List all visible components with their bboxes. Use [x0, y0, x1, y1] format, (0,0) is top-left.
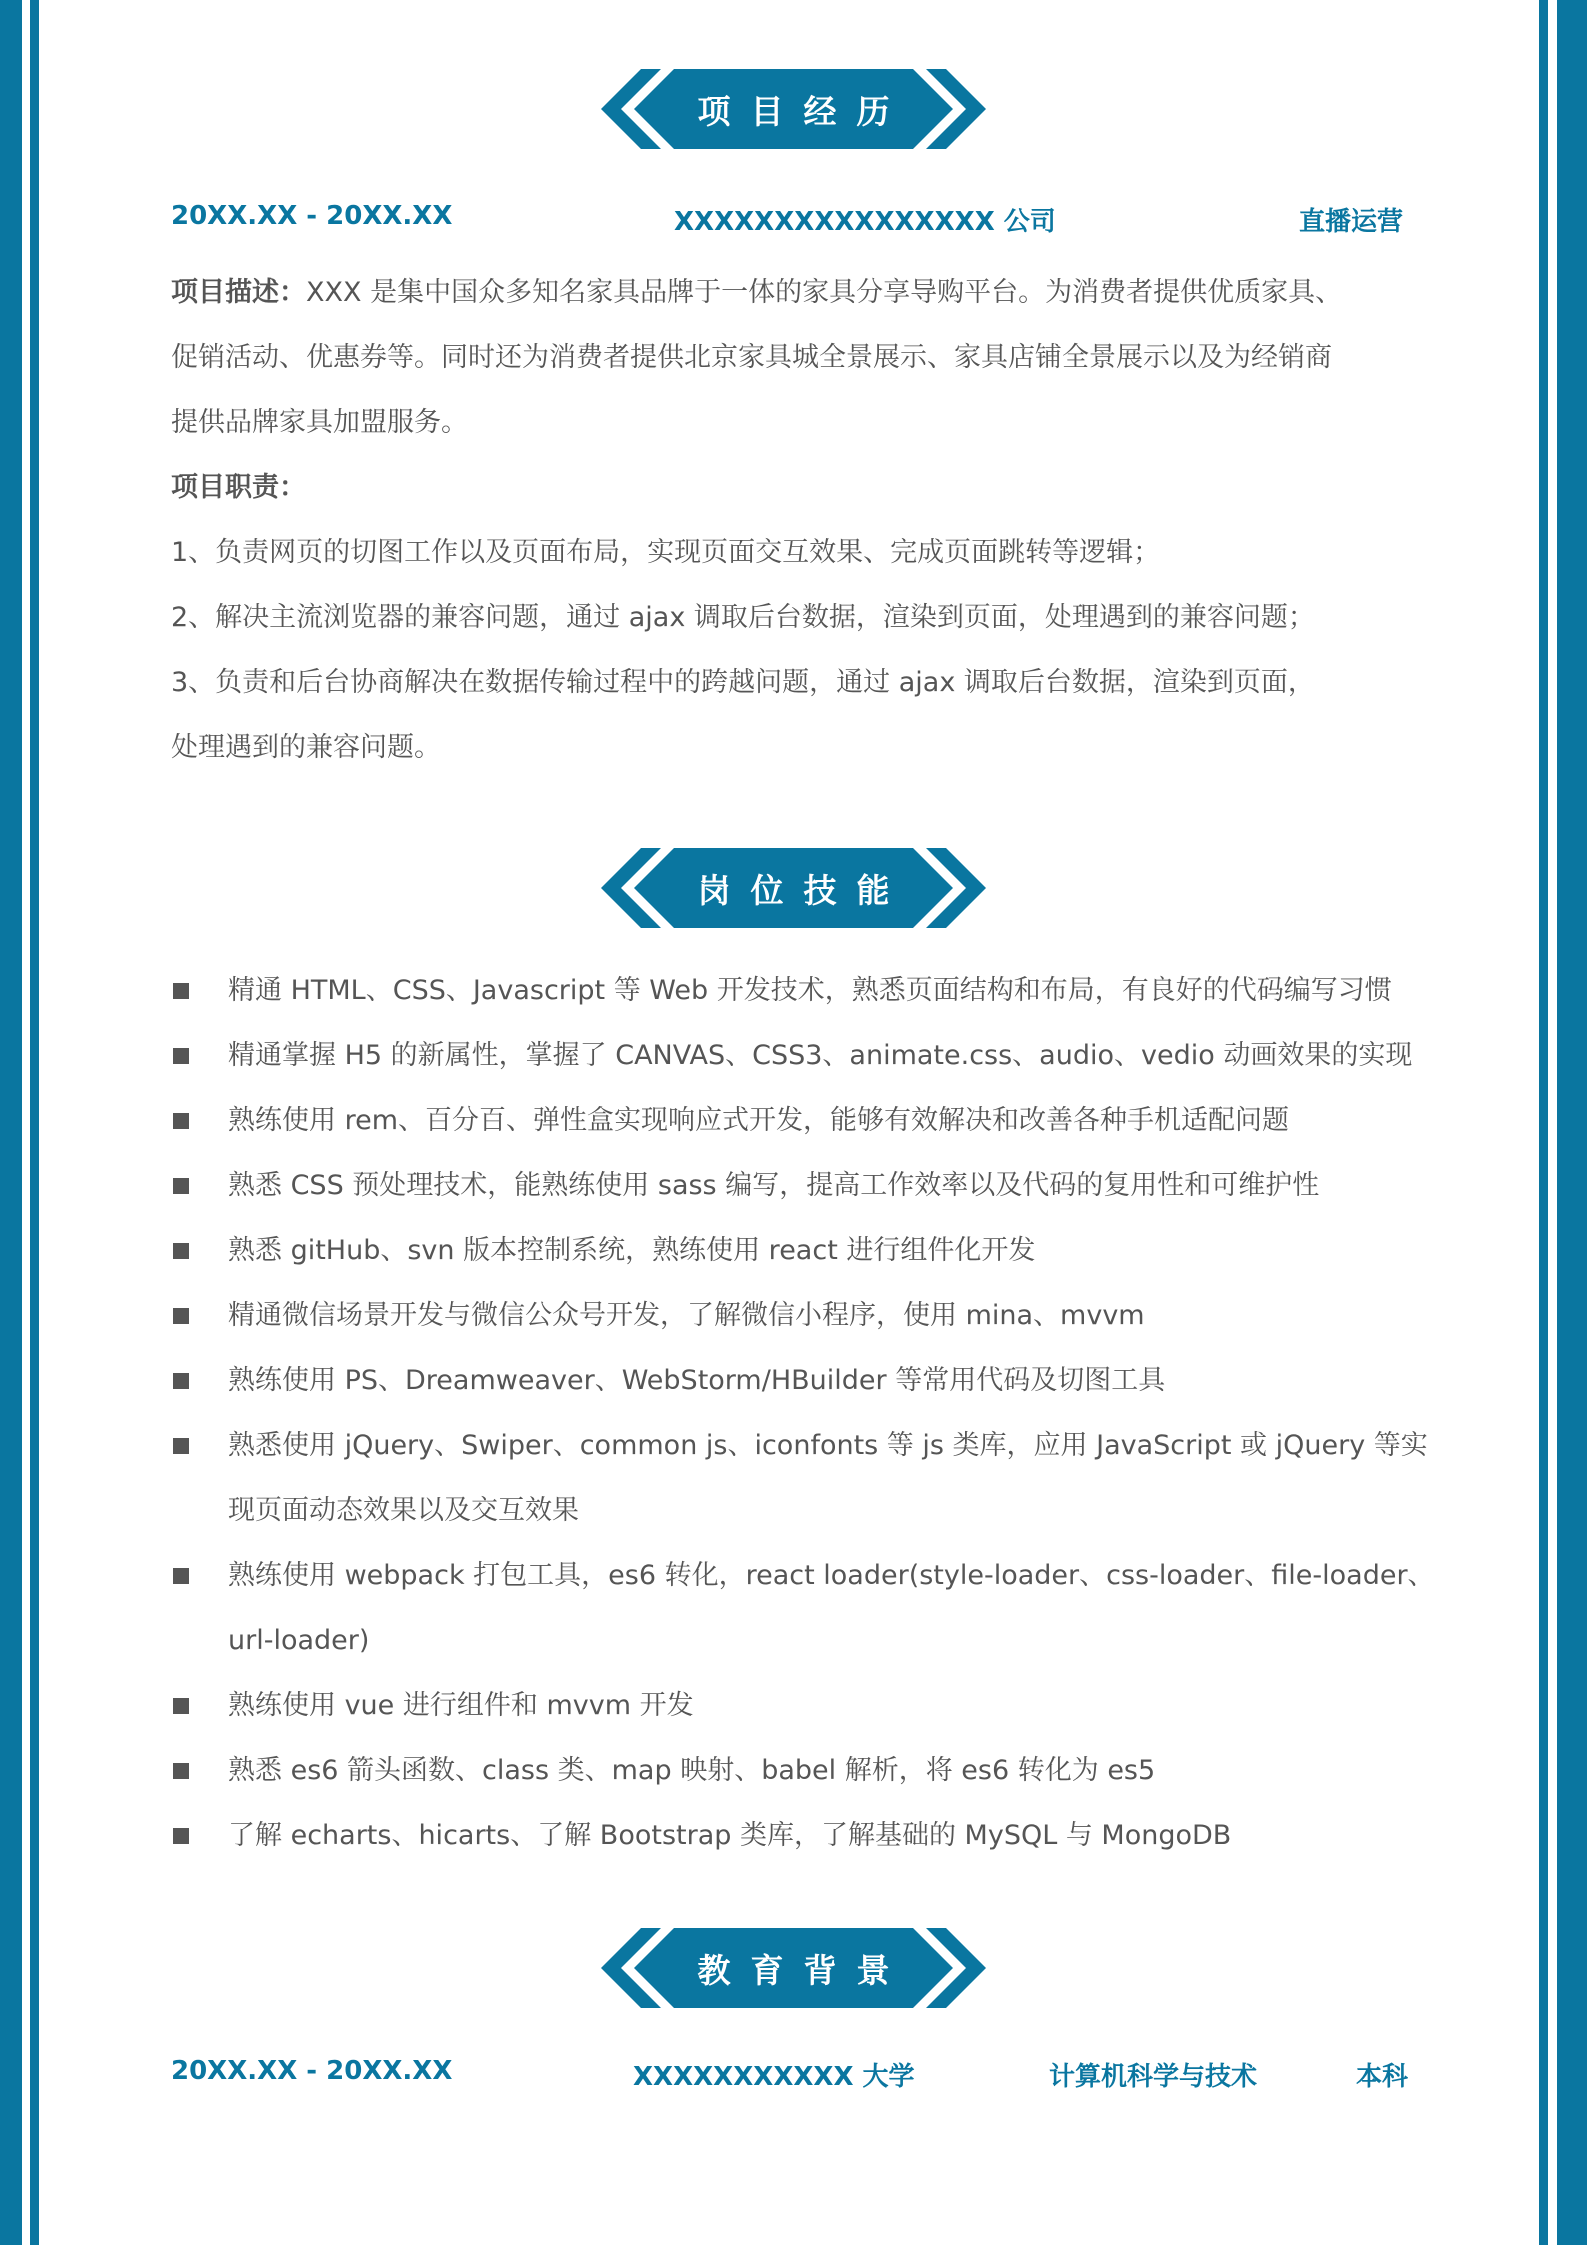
project-description-line: 促销活动、优惠券等。同时还为消费者提供北京家具城全景展示、家具店铺全景展示以及为…: [171, 338, 1332, 378]
section-title: 项目经历: [601, 69, 986, 149]
education-major: 计算机科学与技术: [1049, 2056, 1257, 2093]
right-border-thick: [1557, 0, 1587, 2245]
project-description-line: 提供品牌家具加盟服务。: [171, 403, 468, 443]
bullet-square-icon: [173, 1178, 189, 1194]
duty-line: 1、负责网页的切图工作以及页面布局，实现页面交互效果、完成页面跳转等逻辑；: [171, 533, 1160, 573]
bullet-square-icon: [173, 1308, 189, 1324]
bullet-square-icon: [173, 1243, 189, 1259]
bullet-square-icon: [173, 1698, 189, 1714]
section-banner-education: 教育背景: [601, 1928, 986, 2008]
bullet-square-icon: [173, 1568, 189, 1584]
section-banner-skills: 岗位技能: [601, 848, 986, 928]
description-label: 项目描述：: [171, 277, 306, 308]
bullet-square-icon: [173, 1828, 189, 1844]
project-date: 20XX.XX - 20XX.XX: [171, 201, 452, 231]
education-degree: 本科: [1356, 2056, 1408, 2093]
section-title: 岗位技能: [601, 848, 986, 928]
section-banner-projects: 项目经历: [601, 69, 986, 149]
section-title: 教育背景: [601, 1928, 986, 2008]
bullet-square-icon: [173, 1438, 189, 1454]
bullet-square-icon: [173, 1113, 189, 1129]
bullet-square-icon: [173, 983, 189, 999]
right-border-thin: [1539, 0, 1548, 2245]
education-school: XXXXXXXXXXX 大学: [633, 2056, 915, 2093]
project-company: XXXXXXXXXXXXXXXX 公司: [674, 201, 1056, 238]
left-border-thick: [0, 0, 22, 2245]
project-description-line: 项目描述：XXX 是集中国众多知名家具品牌于一体的家具分享导购平台。为消费者提供…: [171, 273, 1342, 313]
duty-line: 2、解决主流浏览器的兼容问题，通过 ajax 调取后台数据，渲染到页面，处理遇到…: [171, 598, 1315, 638]
bullet-square-icon: [173, 1763, 189, 1779]
duties-label: 项目职责：: [171, 468, 306, 508]
bullet-square-icon: [173, 1048, 189, 1064]
education-date: 20XX.XX - 20XX.XX: [171, 2056, 452, 2086]
skill-item-continuation: url-loader): [228, 1621, 369, 1661]
left-border-thin: [30, 0, 39, 2245]
bullet-square-icon: [173, 1373, 189, 1389]
duty-line: 处理遇到的兼容问题。: [171, 728, 441, 768]
duty-line: 3、负责和后台协商解决在数据传输过程中的跨越问题，通过 ajax 调取后台数据，…: [171, 663, 1315, 703]
project-role: 直播运营: [1299, 201, 1403, 238]
skill-item-continuation: 现页面动态效果以及交互效果: [228, 1491, 579, 1531]
